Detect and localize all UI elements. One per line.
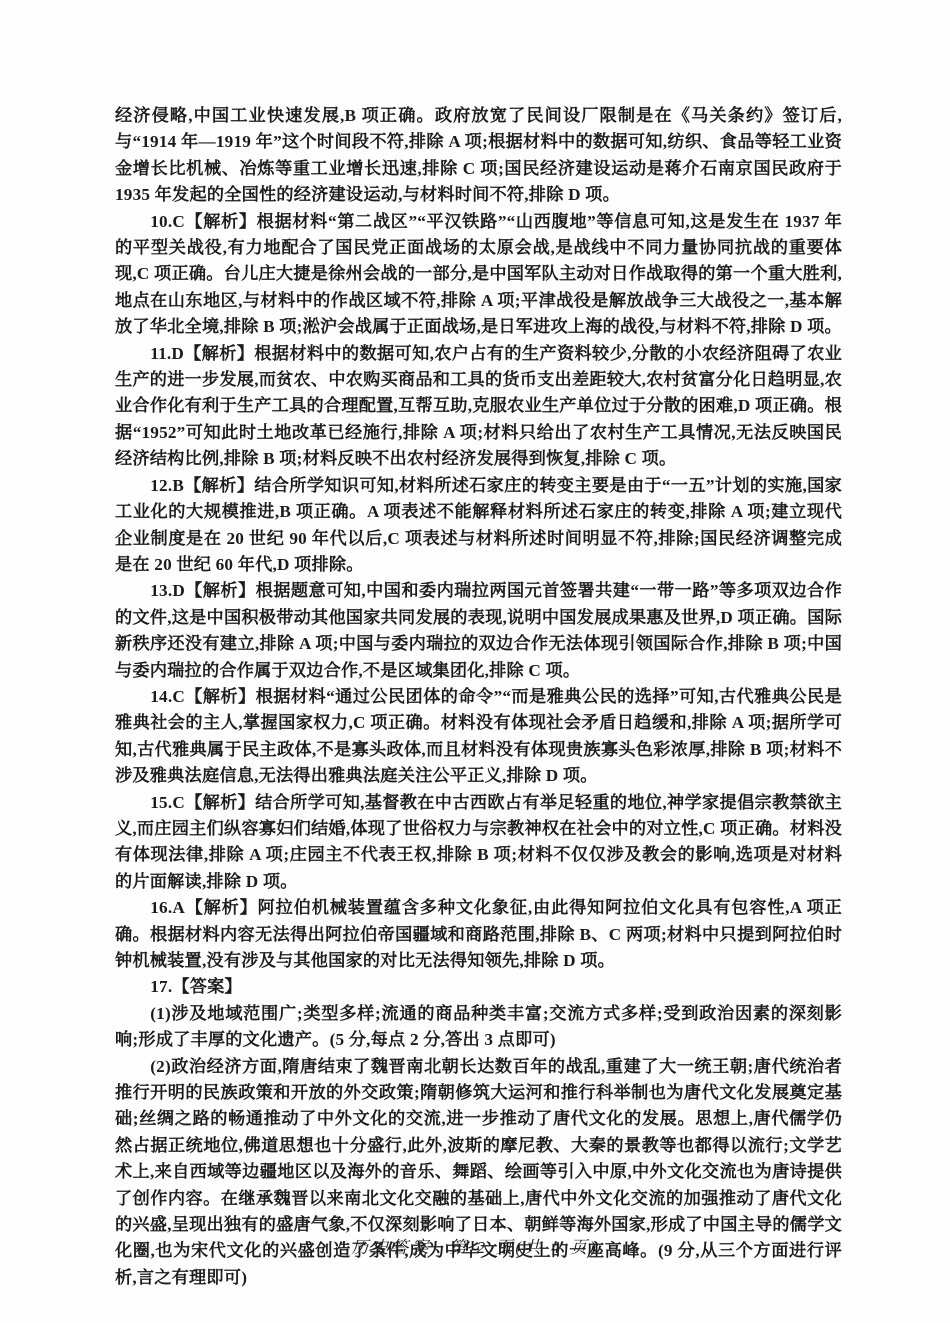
paragraph-q13-explanation: 13.D【解析】根据题意可知,中国和委内瑞拉两国元首签署共建“一带一路”等多项双… (115, 578, 842, 684)
paragraph-q11-explanation: 11.D【解析】根据材料中的数据可知,农户占有的生产资料较少,分散的小农经济阻碍… (115, 341, 842, 473)
footer-doc-title: 历史答案 (351, 1238, 431, 1257)
paragraph-q12-explanation: 12.B【解析】结合所学知识可知,材料所述石家庄的转变主要是由于“一五”计划的实… (115, 473, 842, 579)
answer-key-content: 经济侵略,中国工业快速发展,B 项正确。政府放宽了民间设厂限制是在《马关条约》签… (115, 103, 842, 1291)
paragraph-q10-explanation: 10.C【解析】根据材料“第二战区”“平汉铁路”“山西腹地”等信息可知,这是发生… (115, 209, 842, 341)
paragraph-q17-answer-part1: (1)涉及地域范围广;类型多样;流通的商品种类丰富;交流方式多样;受到政治因素的… (115, 1001, 842, 1054)
paragraph-q15-explanation: 15.C【解析】结合所学可知,基督教在中古西欧占有举足轻重的地位,神学家提倡宗教… (115, 790, 842, 896)
paragraph-q17-answer-heading: 17.【答案】 (115, 974, 842, 1000)
footer-page-number: 第 2 页(共 4 页) (449, 1238, 598, 1257)
paragraph-q9-continuation: 经济侵略,中国工业快速发展,B 项正确。政府放宽了民间设厂限制是在《马关条约》签… (115, 103, 842, 209)
document-page: 经济侵略,中国工业快速发展,B 项正确。政府放宽了民间设厂限制是在《马关条约》签… (0, 0, 950, 1323)
paragraph-q16-explanation: 16.A【解析】阿拉伯机械装置蕴含多种文化象征,由此得知阿拉伯文化具有包容性,A… (115, 895, 842, 974)
page-footer: 历史答案第 2 页(共 4 页) (0, 1233, 950, 1258)
paragraph-q14-explanation: 14.C【解析】根据材料“通过公民团体的命令”“而是雅典公民的选择”可知,古代雅… (115, 684, 842, 790)
